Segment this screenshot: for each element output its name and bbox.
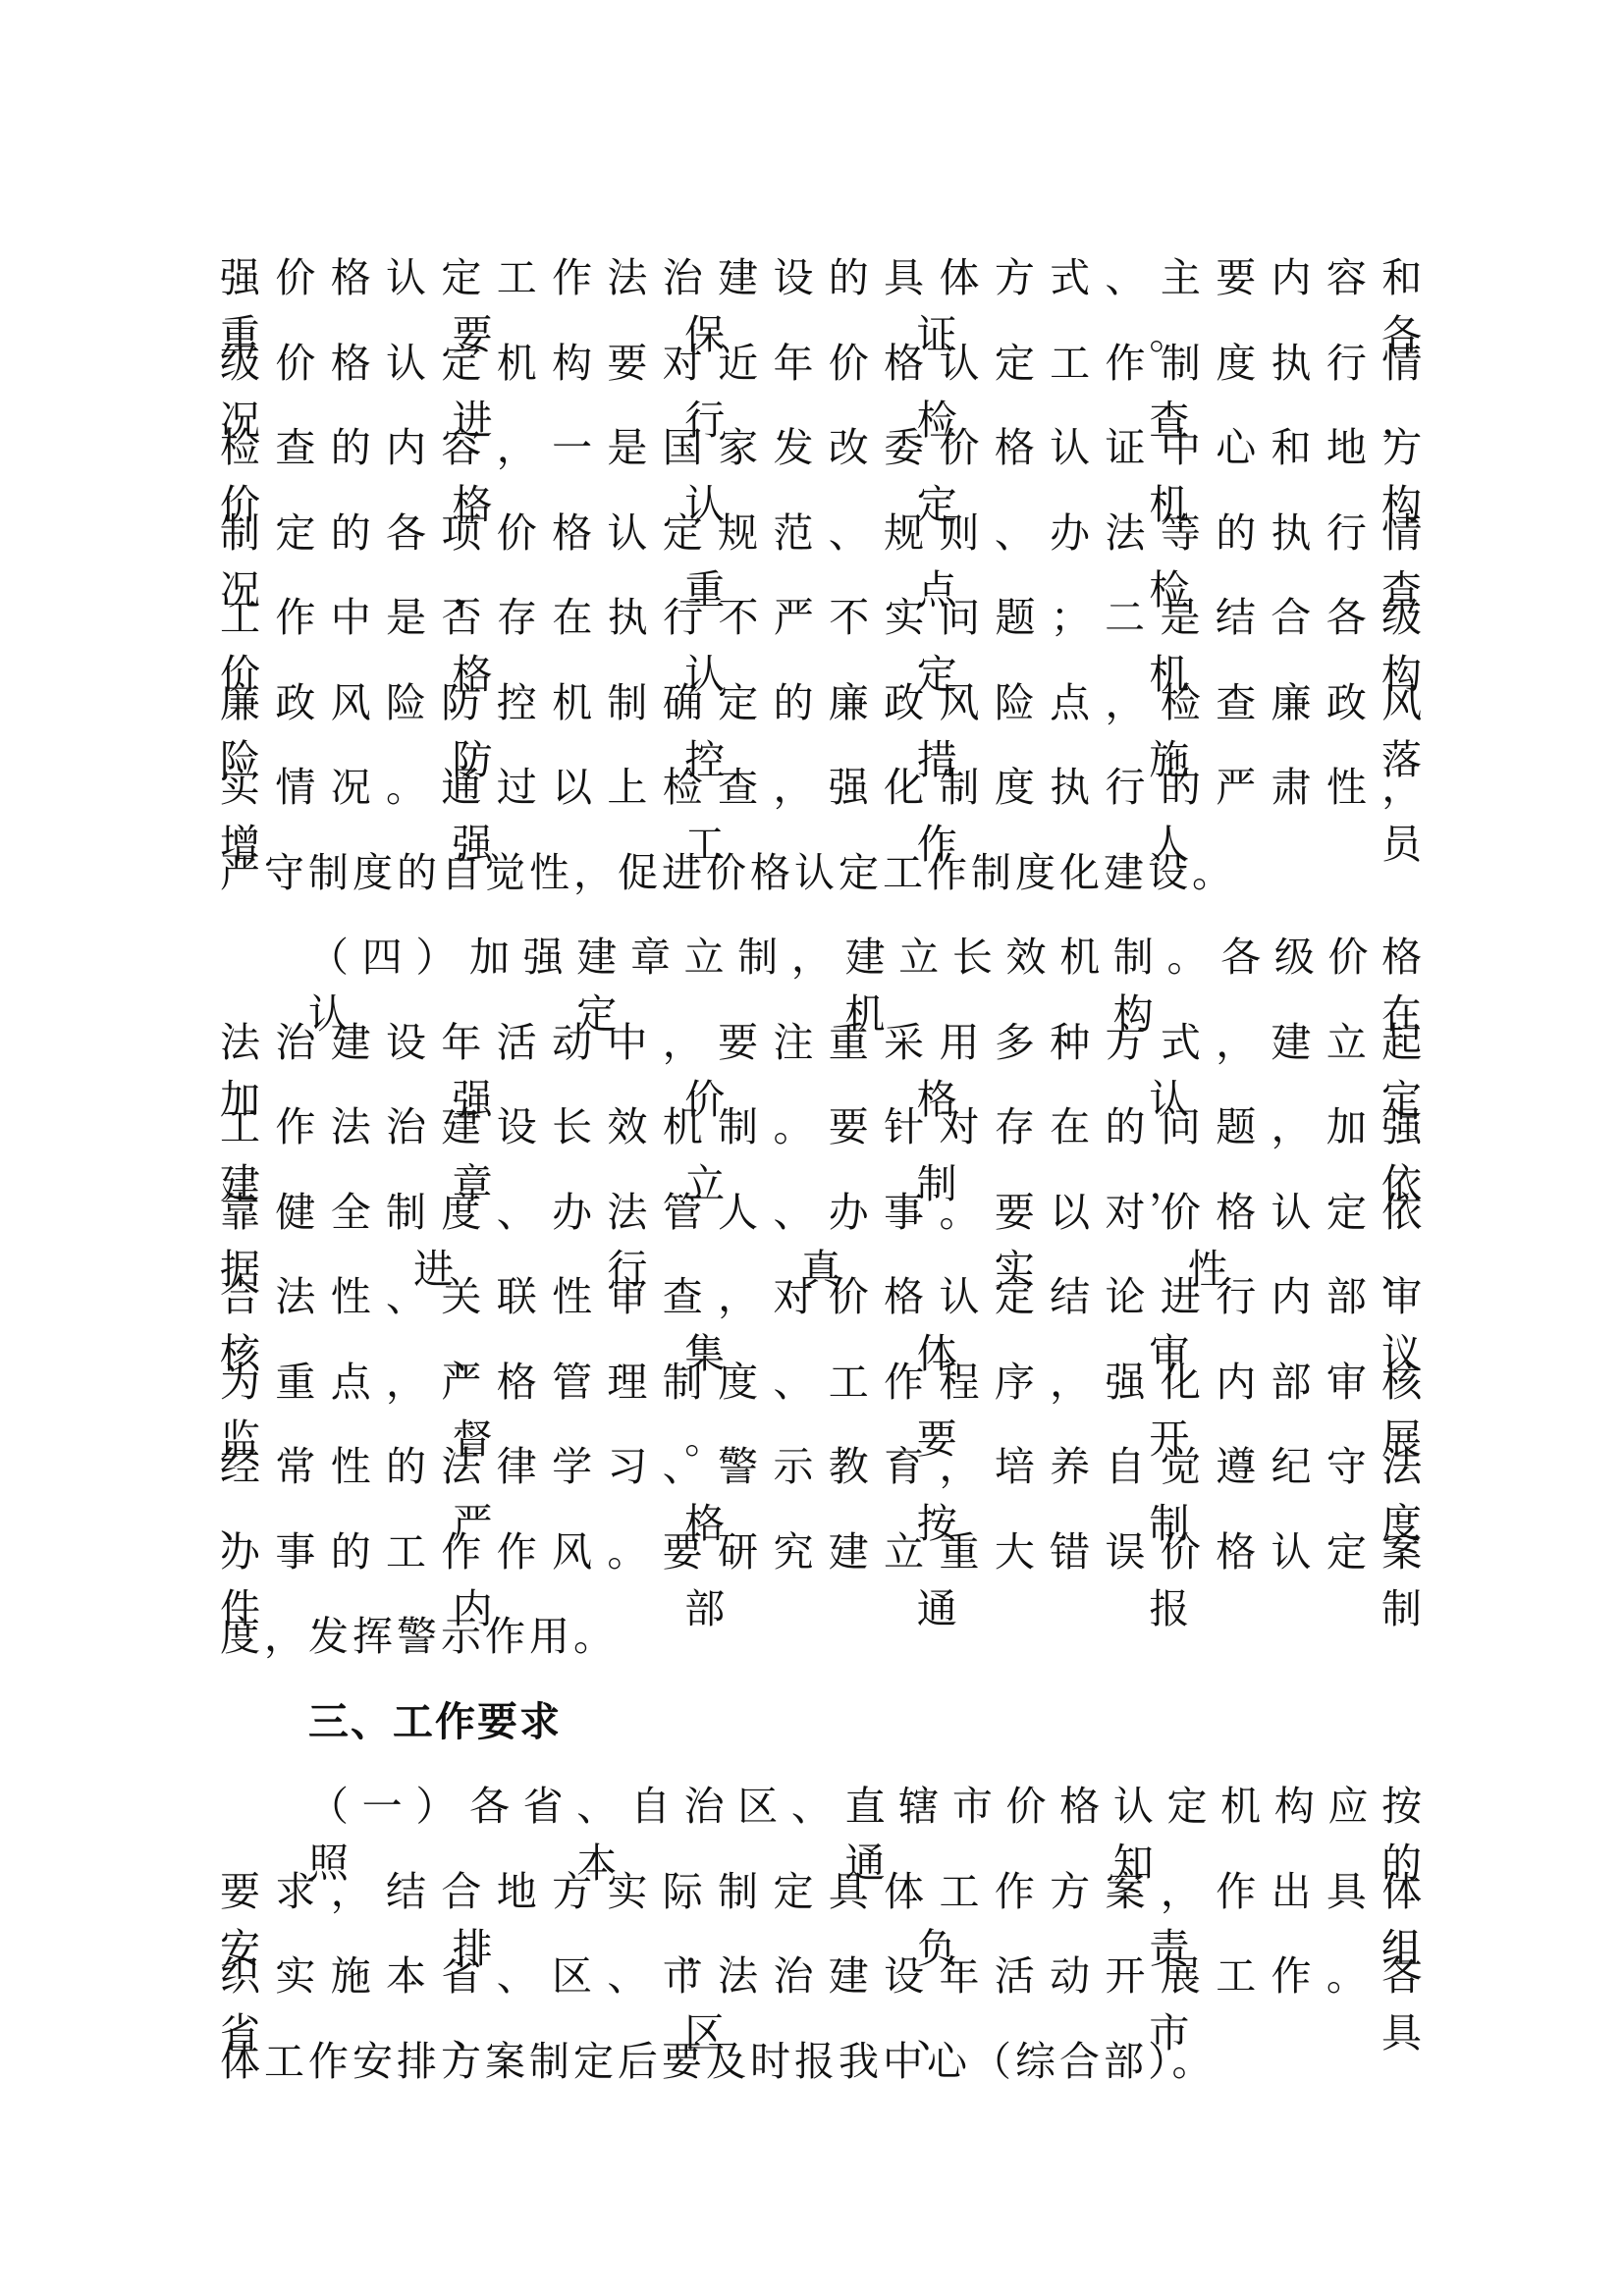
paragraph-line: （ 四 ） 加 强 建 章 立 制 ， 建 立 长 效 机 制 。 各 级 价 …	[220, 929, 1422, 1014]
paragraph-line: 要 求 ， 结 合 地 方 实 际 制 定 具 体 工 作 方 案 ， 作 出 …	[220, 1863, 1422, 1949]
paragraph-line: 检 查 的 内 容 ， 一 是 国 家 发 改 委 价 格 认 证 中 心 和 …	[220, 419, 1422, 505]
paragraph-line: 工 作 中 是 否 存 在 执 行 不 严 不 实 问 题 ； 二 是 结 合 …	[220, 589, 1422, 674]
paragraph-line: 实 情 况 。 通 过 以 上 检 查 ， 强 化 制 度 执 行 的 严 肃 …	[220, 759, 1422, 844]
paragraph-line: 强 价 格 认 定 工 作 法 治 建 设 的 具 体 方 式 、 主 要 内 …	[220, 249, 1422, 335]
paragraph-line: 织 实 施 本 省 、 区 、 市 法 治 建 设 年 活 动 开 展 工 作 …	[220, 1948, 1422, 2033]
paragraph-line: 办 事 的 工 作 作 风 。 要 研 究 建 立 重 大 错 误 价 格 认 …	[220, 1523, 1422, 1609]
paragraph-line: 工 作 法 治 建 设 长 效 机 制 。 要 针 对 存 在 的 问 题 ， …	[220, 1098, 1422, 1184]
paragraph-line: 制 定 的 各 项 价 格 认 定 规 范 、 规 则 、 办 法 等 的 执 …	[220, 505, 1422, 590]
document-page: 强 价 格 认 定 工 作 法 治 建 设 的 具 体 方 式 、 主 要 内 …	[0, 0, 1624, 2296]
paragraph-line: 经 常 性 的 法 律 学 习 、 警 示 教 育 ， 培 养 自 觉 遵 纪 …	[220, 1438, 1422, 1523]
paragraph-line: 法 治 建 设 年 活 动 中 ， 要 注 重 采 用 多 种 方 式 ， 建 …	[220, 1014, 1422, 1099]
paragraph-line: （ 一 ） 各 省 、 自 治 区 、 直 辖 市 价 格 认 定 机 构 应 …	[220, 1778, 1422, 1863]
paragraph-line: 合 法 性 、 关 联 性 审 查 ， 对 价 格 认 定 结 论 进 行 内 …	[220, 1268, 1422, 1354]
section-heading: 三、工作要求	[220, 1693, 1422, 1779]
paragraph-line: 廉 政 风 险 防 控 机 制 确 定 的 廉 政 风 险 点 ， 检 查 廉 …	[220, 674, 1422, 760]
paragraph-line: 为 重 点 ， 严 格 管 理 制 度 、 工 作 程 序 ， 强 化 内 部 …	[220, 1354, 1422, 1439]
body-text: 强 价 格 认 定 工 作 法 治 建 设 的 具 体 方 式 、 主 要 内 …	[220, 249, 1422, 2117]
paragraph-line: 级 价 格 认 定 机 构 要 对 近 年 价 格 认 定 工 作 制 度 执 …	[220, 335, 1422, 420]
paragraph-line: 靠 健 全 制 度 、 办 法 管 人 、 办 事 。 要 以 对 价 格 认 …	[220, 1184, 1422, 1269]
